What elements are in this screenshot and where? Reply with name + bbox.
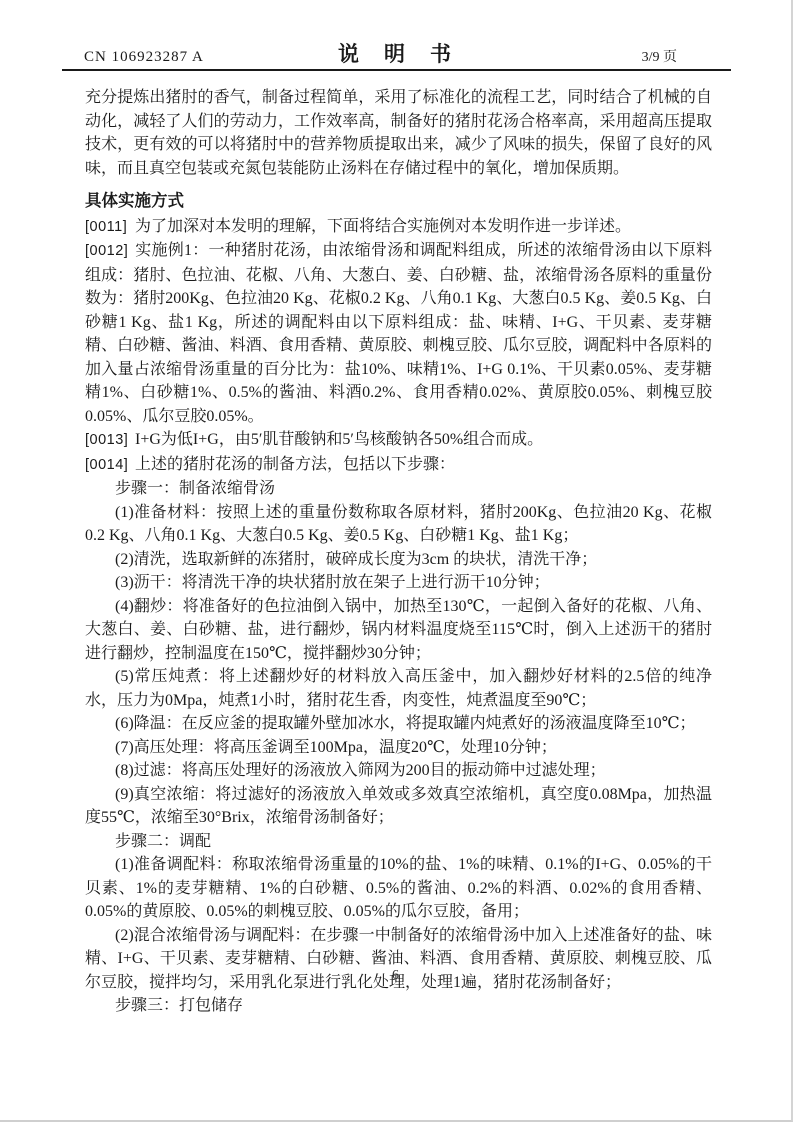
paragraph-tag: [0011] <box>85 216 135 240</box>
numbered-paragraph: [0014]上述的猪肘花汤的制备方法，包括以下步骤： <box>85 453 712 478</box>
step-heading: 步骤三：打包储存 <box>115 994 712 1018</box>
numbered-paragraph: [0013]I+G为低I+G，由5′肌苷酸钠和5′鸟核酸钠各50%组合而成。 <box>85 428 712 453</box>
step-heading: 步骤二：调配 <box>115 830 712 854</box>
step-item: (7)高压处理：将高压釜调至100Mpa，温度20℃，处理10分钟； <box>85 736 712 760</box>
step-heading: 步骤一：制备浓缩骨汤 <box>115 477 712 501</box>
section-heading: 具体实施方式 <box>85 189 712 213</box>
document-body: 充分提炼出猪肘的香气，制备过程简单，采用了标准化的流程工艺，同时结合了机械的自动… <box>85 86 712 1018</box>
page-header: CN 106923287 A 说 明 书 3/9 页 <box>62 38 729 68</box>
paragraph-tag: [0013] <box>85 429 135 453</box>
step-item: (3)沥干：将清洗干净的块状猪肘放在架子上进行沥干10分钟； <box>85 571 712 595</box>
step-item: (8)过滤：将高压处理好的汤液放入筛网为200目的振动筛中过滤处理； <box>85 759 712 783</box>
paragraph-text: 为了加深对本发明的理解，下面将结合实施例对本发明作进一步详述。 <box>135 218 631 235</box>
step-item: (1)准备调配料：称取浓缩骨汤重量的10%的盐、1%的味精、0.1%的I+G、0… <box>85 853 712 924</box>
step-item: (1)准备材料：按照上述的重量份数称取各原材料，猪肘200Kg、色拉油20 Kg… <box>85 501 712 548</box>
paragraph-tag: [0012] <box>85 240 135 264</box>
patent-specification-page: CN 106923287 A 说 明 书 3/9 页 充分提炼出猪肘的香气，制备… <box>0 0 793 1122</box>
step-item: (5)常压炖煮：将上述翻炒好的材料放入高压釜中，加入翻炒好材料的2.5倍的纯净水… <box>85 665 712 712</box>
intro-paragraph: 充分提炼出猪肘的香气，制备过程简单，采用了标准化的流程工艺，同时结合了机械的自动… <box>85 86 712 180</box>
paragraph-text: 实施例1：一种猪肘花汤，由浓缩骨汤和调配料组成，所述的浓缩骨汤由以下原料组成：猪… <box>85 242 712 425</box>
paragraph-tag: [0014] <box>85 454 135 478</box>
step-item: (2)清洗，选取新鲜的冻猪肘，破碎成长度为3cm 的块状，清洗干净； <box>85 548 712 572</box>
step-item: (6)降温：在反应釜的提取罐外壁加冰水，将提取罐内炖煮好的汤液温度降至10℃； <box>85 712 712 736</box>
header-divider-rule <box>62 69 731 71</box>
step-item: (9)真空浓缩：将过滤好的汤液放入单效或多效真空浓缩机，真空度0.08Mpa，加… <box>85 783 712 830</box>
numbered-paragraph: [0011]为了加深对本发明的理解，下面将结合实施例对本发明作进一步详述。 <box>85 215 712 240</box>
paragraph-text: I+G为低I+G，由5′肌苷酸钠和5′鸟核酸钠各50%组合而成。 <box>135 431 543 448</box>
numbered-paragraph: [0012]实施例1：一种猪肘花汤，由浓缩骨汤和调配料组成，所述的浓缩骨汤由以下… <box>85 239 712 428</box>
page-number: 6 <box>0 968 791 984</box>
step-item: (4)翻炒：将准备好的色拉油倒入锅中，加热至130℃，一起倒入备好的花椒、八角、… <box>85 595 712 666</box>
page-indicator: 3/9 页 <box>642 46 677 66</box>
paragraph-text: 上述的猪肘花汤的制备方法，包括以下步骤： <box>135 456 455 473</box>
document-title: 说 明 书 <box>62 38 729 68</box>
